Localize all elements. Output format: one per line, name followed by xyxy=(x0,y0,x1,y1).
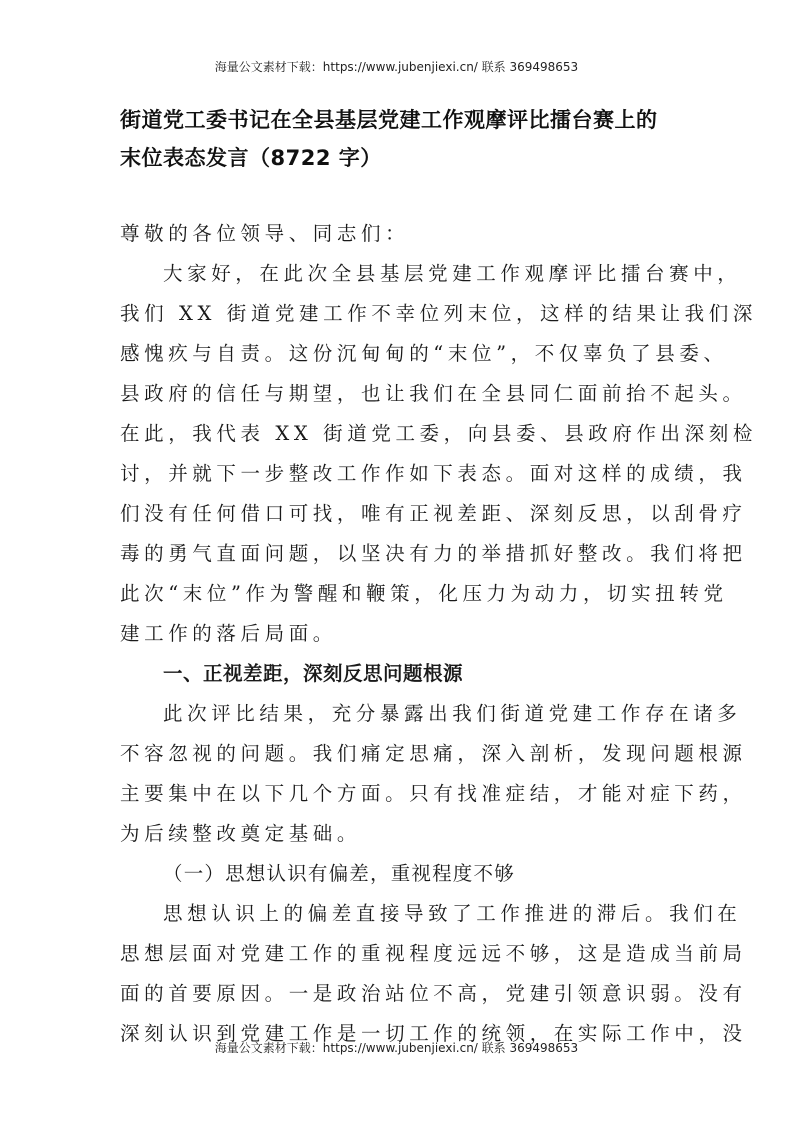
section-heading: 一、正视差距，深刻反思问题根源 xyxy=(163,658,719,686)
page-header-watermark: 海量公文素材下载：https://www.jubenjiexi.cn/ 联系 3… xyxy=(0,58,793,75)
page-footer-watermark: 海量公文素材下载：https://www.jubenjiexi.cn/ 联系 3… xyxy=(0,1039,793,1056)
paragraph-line: 不容忽视的问题。我们痛定思痛，深入剖析，发现问题根源 xyxy=(120,738,676,766)
paragraph-line: 尊敬的各位领导、同志们： xyxy=(120,218,676,246)
paragraph-line: 感愧疚与自责。这份沉甸甸的“末位”，不仅辜负了县委、 xyxy=(120,338,676,366)
paragraph-line: 我们 XX 街道党建工作不幸位列末位，这样的结果让我们深 xyxy=(120,298,676,326)
paragraph-line: 思想层面对党建工作的重视程度远远不够，这是造成当前局 xyxy=(120,938,676,966)
paragraph-line: 建工作的落后局面。 xyxy=(120,618,676,646)
paragraph-line: 大家好，在此次全县基层党建工作观摩评比擂台赛中， xyxy=(163,258,719,286)
paragraph-line: 为后续整改奠定基础。 xyxy=(120,818,676,846)
paragraph-line: 毒的勇气直面问题，以坚决有力的举措抓好整改。我们将把 xyxy=(120,538,676,566)
document-title-line-2: 末位表态发言（8722 字） xyxy=(120,141,680,175)
paragraph-line: 县政府的信任与期望，也让我们在全县同仁面前抬不起头。 xyxy=(120,378,676,406)
paragraph-line: 们没有任何借口可找，唯有正视差距、深刻反思，以刮骨疗 xyxy=(120,498,676,526)
paragraph-line: 主要集中在以下几个方面。只有找准症结，才能对症下药， xyxy=(120,778,676,806)
paragraph-line: 此次评比结果，充分暴露出我们街道党建工作存在诸多 xyxy=(163,698,719,726)
paragraph-line: 讨，并就下一步整改工作作如下表态。面对这样的成绩，我 xyxy=(120,458,676,486)
paragraph-line: 思想认识上的偏差直接导致了工作推进的滞后。我们在 xyxy=(163,898,719,926)
paragraph-line: 在此，我代表 XX 街道党工委，向县委、县政府作出深刻检 xyxy=(120,418,676,446)
paragraph-line: 面的首要原因。一是政治站位不高，党建引领意识弱。没有 xyxy=(120,978,676,1006)
subsection-heading: （一）思想认识有偏差，重视程度不够 xyxy=(163,858,719,886)
paragraph-line: 此次“末位”作为警醒和鞭策，化压力为动力，切实扭转党 xyxy=(120,578,676,606)
document-title-line-1: 街道党工委书记在全县基层党建工作观摩评比擂台赛上的 xyxy=(120,103,680,137)
